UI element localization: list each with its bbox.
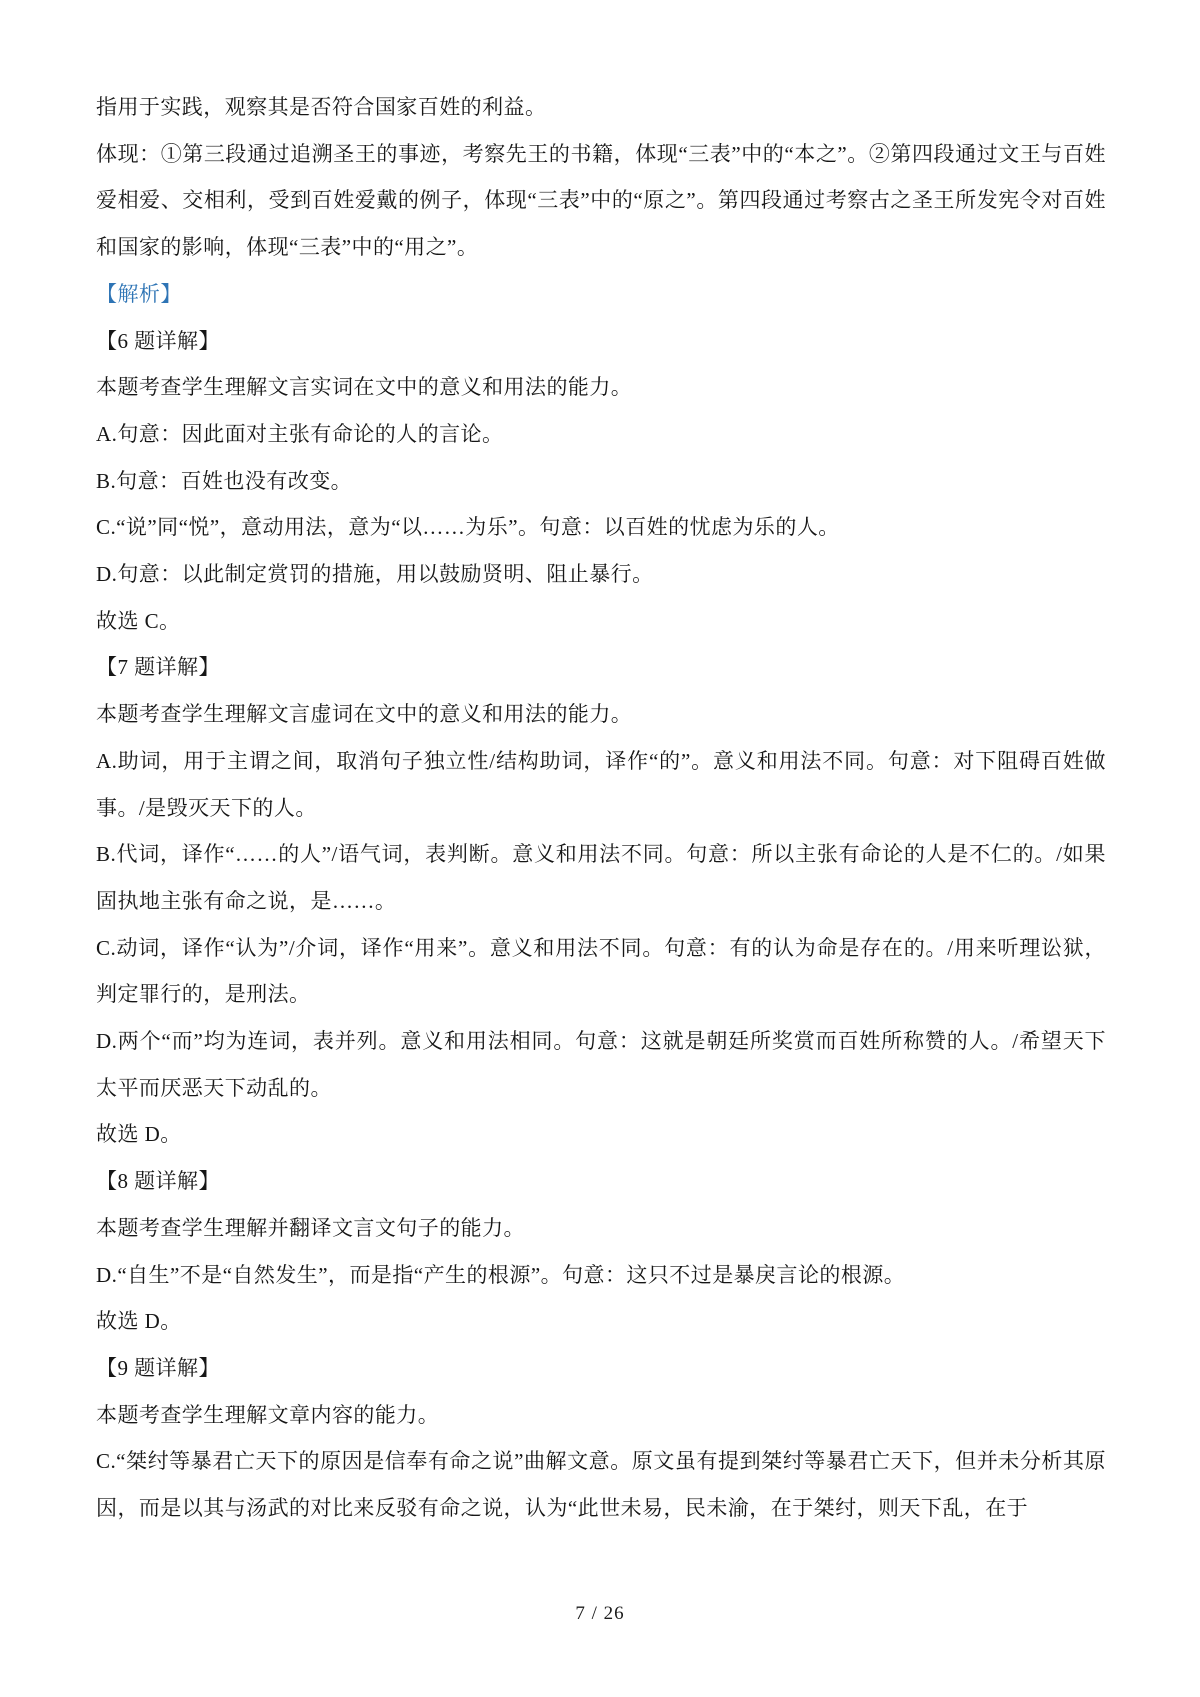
document-body: 指用于实践，观察其是否符合国家百姓的利益。体现：①第三段通过追溯圣王的事迹，考察… — [96, 84, 1106, 1532]
paragraph: 指用于实践，观察其是否符合国家百姓的利益。 — [96, 84, 1106, 131]
paragraph: B.句意：百姓也没有改变。 — [96, 458, 1106, 505]
paragraph: D.“自生”不是“自然发生”，而是指“产生的根源”。句意：这只不过是暴戾言论的根… — [96, 1252, 1106, 1299]
analysis-heading: 【解析】 — [96, 271, 1106, 318]
paragraph: 【7 题详解】 — [96, 644, 1106, 691]
page-footer: 7 / 26 — [0, 1603, 1200, 1625]
paragraph: 故选 C。 — [96, 598, 1106, 645]
paragraph: C.动词，译作“认为”/介词，译作“用来”。意义和用法不同。句意：有的认为命是存… — [96, 925, 1106, 1018]
paragraph: 本题考查学生理解文言实词在文中的意义和用法的能力。 — [96, 364, 1106, 411]
paragraph: 故选 D。 — [96, 1298, 1106, 1345]
paragraph: C.“桀纣等暴君亡天下的原因是信奉有命之说”曲解文意。原文虽有提到桀纣等暴君亡天… — [96, 1438, 1106, 1531]
paragraph: C.“说”同“悦”，意动用法，意为“以……为乐”。句意：以百姓的忧虑为乐的人。 — [96, 504, 1106, 551]
document-page: 指用于实践，观察其是否符合国家百姓的利益。体现：①第三段通过追溯圣王的事迹，考察… — [0, 0, 1200, 1697]
paragraph: D.两个“而”均为连词，表并列。意义和用法相同。句意：这就是朝廷所奖赏而百姓所称… — [96, 1018, 1106, 1111]
page-number: 7 / 26 — [575, 1603, 624, 1624]
paragraph: 本题考查学生理解文章内容的能力。 — [96, 1392, 1106, 1439]
paragraph: 体现：①第三段通过追溯圣王的事迹，考察先王的书籍，体现“三表”中的“本之”。②第… — [96, 131, 1106, 271]
paragraph: 【9 题详解】 — [96, 1345, 1106, 1392]
paragraph: A.句意：因此面对主张有命论的人的言论。 — [96, 411, 1106, 458]
paragraph: 【6 题详解】 — [96, 318, 1106, 365]
paragraph: B.代词，译作“……的人”/语气词，表判断。意义和用法不同。句意：所以主张有命论… — [96, 831, 1106, 924]
paragraph: 本题考查学生理解并翻译文言文句子的能力。 — [96, 1205, 1106, 1252]
paragraph: 【8 题详解】 — [96, 1158, 1106, 1205]
paragraph: A.助词，用于主谓之间，取消句子独立性/结构助词，译作“的”。意义和用法不同。句… — [96, 738, 1106, 831]
paragraph: D.句意：以此制定赏罚的措施，用以鼓励贤明、阻止暴行。 — [96, 551, 1106, 598]
paragraph: 故选 D。 — [96, 1111, 1106, 1158]
paragraph: 本题考查学生理解文言虚词在文中的意义和用法的能力。 — [96, 691, 1106, 738]
